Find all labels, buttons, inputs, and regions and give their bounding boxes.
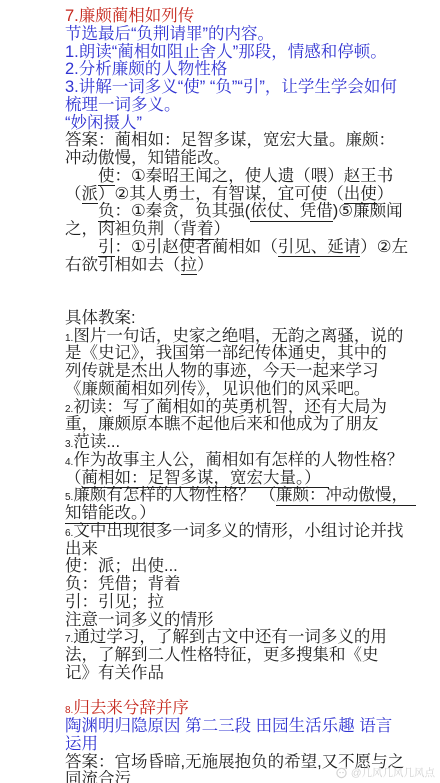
text-line: 记》有关作品 — [65, 665, 437, 683]
text-segment: 2.分析廉颇的人物性格 — [65, 60, 227, 78]
text-line: 2.初读：写了蔺相如的英勇机智，还有大局为 — [65, 399, 437, 417]
text-line: 1.图片一句话，史家之绝唱，无韵之离骚，说的 — [65, 328, 437, 346]
text-segment: 出来 — [65, 540, 98, 558]
text-line: 7.廉颇蔺相如列传 — [65, 8, 437, 26]
underlined-text: 廉颇：冲动傲慢， — [276, 486, 416, 506]
text-segment: ：①引赵使者蔺相如（ — [115, 238, 278, 256]
text-line: 具体教案: — [65, 310, 437, 328]
text-line: 负：凭借；背着 — [65, 576, 437, 594]
underlined-text: 拉 — [181, 256, 198, 276]
text-segment: 记》有关作品 — [65, 664, 164, 682]
text-segment: 廉颇有怎样的人物性格？ （ — [73, 486, 276, 504]
text-segment: 初读：写了蔺相如的英勇机智，还有大局为 — [73, 398, 387, 416]
text-segment: 重，廉颇原本瞧不起他后来和他成为了朋友 — [65, 415, 379, 433]
text-segment — [65, 167, 98, 185]
text-line: 7.通过学习，了解到古文中还有一词多义的用 — [65, 629, 437, 647]
text-line: “妙闲摄人” — [65, 115, 437, 133]
underlined-text: 背着 — [181, 220, 214, 240]
text-line: 2.分析廉颇的人物性格 — [65, 61, 437, 79]
text-segment: 作为故事主人公，蔺相如有怎样的人物性格？ — [73, 451, 403, 469]
text-line: 陶渊明归隐原因 第二三段 田园生活乐趣 语言 — [65, 718, 437, 736]
blank-line — [65, 683, 437, 701]
text-segment — [65, 238, 98, 256]
underlined-text: 负 — [98, 202, 115, 222]
watermark-text: @几风几风几风点 — [351, 765, 435, 780]
text-line: 6.文中出现很多一词多义的情形，小组讨论并找 — [65, 523, 437, 541]
text-line: 1.朗读“蔺相如阻止舍人”那段，情感和停顿。 — [65, 44, 437, 62]
text-segment: ：①秦贪，负其强( — [115, 202, 251, 220]
text-segment: 具体教案: — [65, 309, 136, 327]
text-line: 重，廉颇原本瞧不起他后来和他成为了朋友 — [65, 416, 437, 434]
text-line: 答案：蔺相如：足智多谋，宽宏大量。廉颇： — [65, 132, 437, 150]
text-segment: 法，了解到二人性格特征，更多搜集和《史 — [65, 646, 379, 664]
text-line: 列传就是杰出人物的事迹，今天一起来学习 — [65, 363, 437, 381]
text-segment: ） — [377, 185, 394, 203]
text-segment: 归去来兮辞并序 — [73, 699, 189, 717]
text-line: 节选最后“负荆请罪”的内容。 — [65, 26, 437, 44]
underlined-text: 依仗、凭借 — [250, 202, 333, 222]
text-line: 冲动傲慢，知错能改。 — [65, 150, 437, 168]
underlined-text: 引见、延请 — [278, 238, 361, 258]
text-segment: 图片一句话，史家之绝唱，无韵之离骚，说的 — [73, 327, 403, 345]
text-segment: 答案：蔺相如：足智多谋，宽宏大量。廉颇： — [65, 131, 395, 149]
text-segment: )⑤廉颇闻 — [333, 202, 403, 220]
text-line: （蔺相如：足智多谋，宽宏大量。） — [65, 470, 437, 488]
text-line: 《廉颇蔺相如列传》，见识他们的风采吧。 — [65, 381, 437, 399]
text-line: 5.廉颇有怎样的人物性格？ （廉颇：冲动傲慢， — [65, 487, 437, 505]
text-segment: 是《史记》，我国第一部纪传体通史，其中的 — [65, 344, 387, 362]
text-segment: 运用 — [65, 735, 98, 753]
underlined-text: 知错能改。） — [65, 504, 164, 524]
text-line: 运用 — [65, 736, 437, 754]
text-segment: 范读... — [73, 433, 120, 451]
text-line: 8.归去来兮辞并序 — [65, 700, 437, 718]
text-segment: ）②左 — [360, 238, 408, 256]
text-line: 4.作为故事主人公，蔺相如有怎样的人物性格？ — [65, 452, 437, 470]
text-segment: 陶渊明归隐原因 第二三段 田园生活乐趣 语言 — [65, 717, 392, 735]
text-segment: 之，肉袒负荆（ — [65, 220, 181, 238]
text-segment: 负：凭借；背着 — [65, 575, 181, 593]
text-line: 负：①秦贪，负其强(依仗、凭借)⑤廉颇闻 — [65, 203, 437, 221]
text-segment: 同流合污 — [65, 770, 131, 783]
text-segment: 引：引见；拉 — [65, 593, 164, 611]
underlined-text: 引 — [98, 238, 115, 258]
document-body: 7.廉颇蔺相如列传节选最后“负荆请罪”的内容。1.朗读“蔺相如阻止舍人”那段，情… — [65, 8, 437, 783]
text-segment: 冲动傲慢，知错能改。 — [65, 149, 230, 167]
text-segment: 使：派；出使... — [65, 557, 178, 575]
text-segment: 1.朗读“蔺相如阻止舍人”那段，情感和停顿。 — [65, 43, 387, 61]
text-segment: 通过学习，了解到古文中还有一词多义的用 — [73, 628, 387, 646]
text-line: 引：①引赵使者蔺相如（引见、延请）②左 — [65, 239, 437, 257]
blank-line — [65, 274, 437, 292]
text-segment — [65, 202, 98, 220]
text-line: 知错能改。） — [65, 505, 437, 523]
watermark: @几风几风几风点 — [335, 765, 435, 780]
text-line: 法，了解到二人性格特征，更多搜集和《史 — [65, 647, 437, 665]
text-segment: ） — [214, 220, 231, 238]
text-segment: （ — [65, 469, 82, 487]
text-line: 引：引见；拉 — [65, 594, 437, 612]
text-line: 3.讲解一词多义“使” “负”“引”，让学生学会如何 — [65, 79, 437, 97]
text-segment: 梳理一词多义。 — [65, 96, 181, 114]
text-line: 3.范读... — [65, 434, 437, 452]
text-segment: 《廉颇蔺相如列传》，见识他们的风采吧。 — [65, 380, 370, 398]
text-segment: （ — [65, 185, 82, 203]
text-line: 使：①秦昭王闻之，使人遗（喂）赵王书 — [65, 168, 437, 186]
blank-line — [65, 292, 437, 310]
text-segment: 3.讲解一词多义“使” “负”“引”，让学生学会如何 — [65, 78, 397, 96]
text-line: 注意一词多义的情形 — [65, 612, 437, 630]
text-segment: ） — [197, 256, 214, 274]
text-line: 是《史记》，我国第一部纪传体通史，其中的 — [65, 345, 437, 363]
text-segment: 文中出现很多一词多义的情形，小组讨论并找 — [73, 522, 403, 540]
text-segment: 右欲引相如去（ — [65, 256, 181, 274]
text-line: （派）②其人勇士，有智谋，宜可使（出使） — [65, 186, 437, 204]
text-line: 使：派；出使... — [65, 558, 437, 576]
text-segment: 列传就是杰出人物的事迹，今天一起来学习 — [65, 362, 379, 380]
weibo-logo-icon — [335, 766, 348, 779]
text-line: 右欲引相如去（拉） — [65, 257, 437, 275]
text-segment: ）②其人勇士，有智谋，宜可使（ — [98, 185, 344, 203]
text-segment: ：①秦昭王闻之，使人遗（喂）赵王书 — [115, 167, 394, 185]
text-line: 之，肉袒负荆（背着） — [65, 221, 437, 239]
document-page: 7.廉颇蔺相如列传节选最后“负荆请罪”的内容。1.朗读“蔺相如阻止舍人”那段，情… — [0, 0, 440, 783]
text-segment: “妙闲摄人” — [65, 114, 142, 132]
text-segment: 注意一词多义的情形 — [65, 611, 214, 629]
text-line: 梳理一词多义。 — [65, 97, 437, 115]
underlined-text: 使 — [98, 167, 115, 187]
text-segment: 7.廉颇蔺相如列传 — [65, 7, 194, 25]
text-line: 出来 — [65, 541, 437, 559]
text-segment: 节选最后“负荆请罪”的内容。 — [65, 25, 274, 43]
